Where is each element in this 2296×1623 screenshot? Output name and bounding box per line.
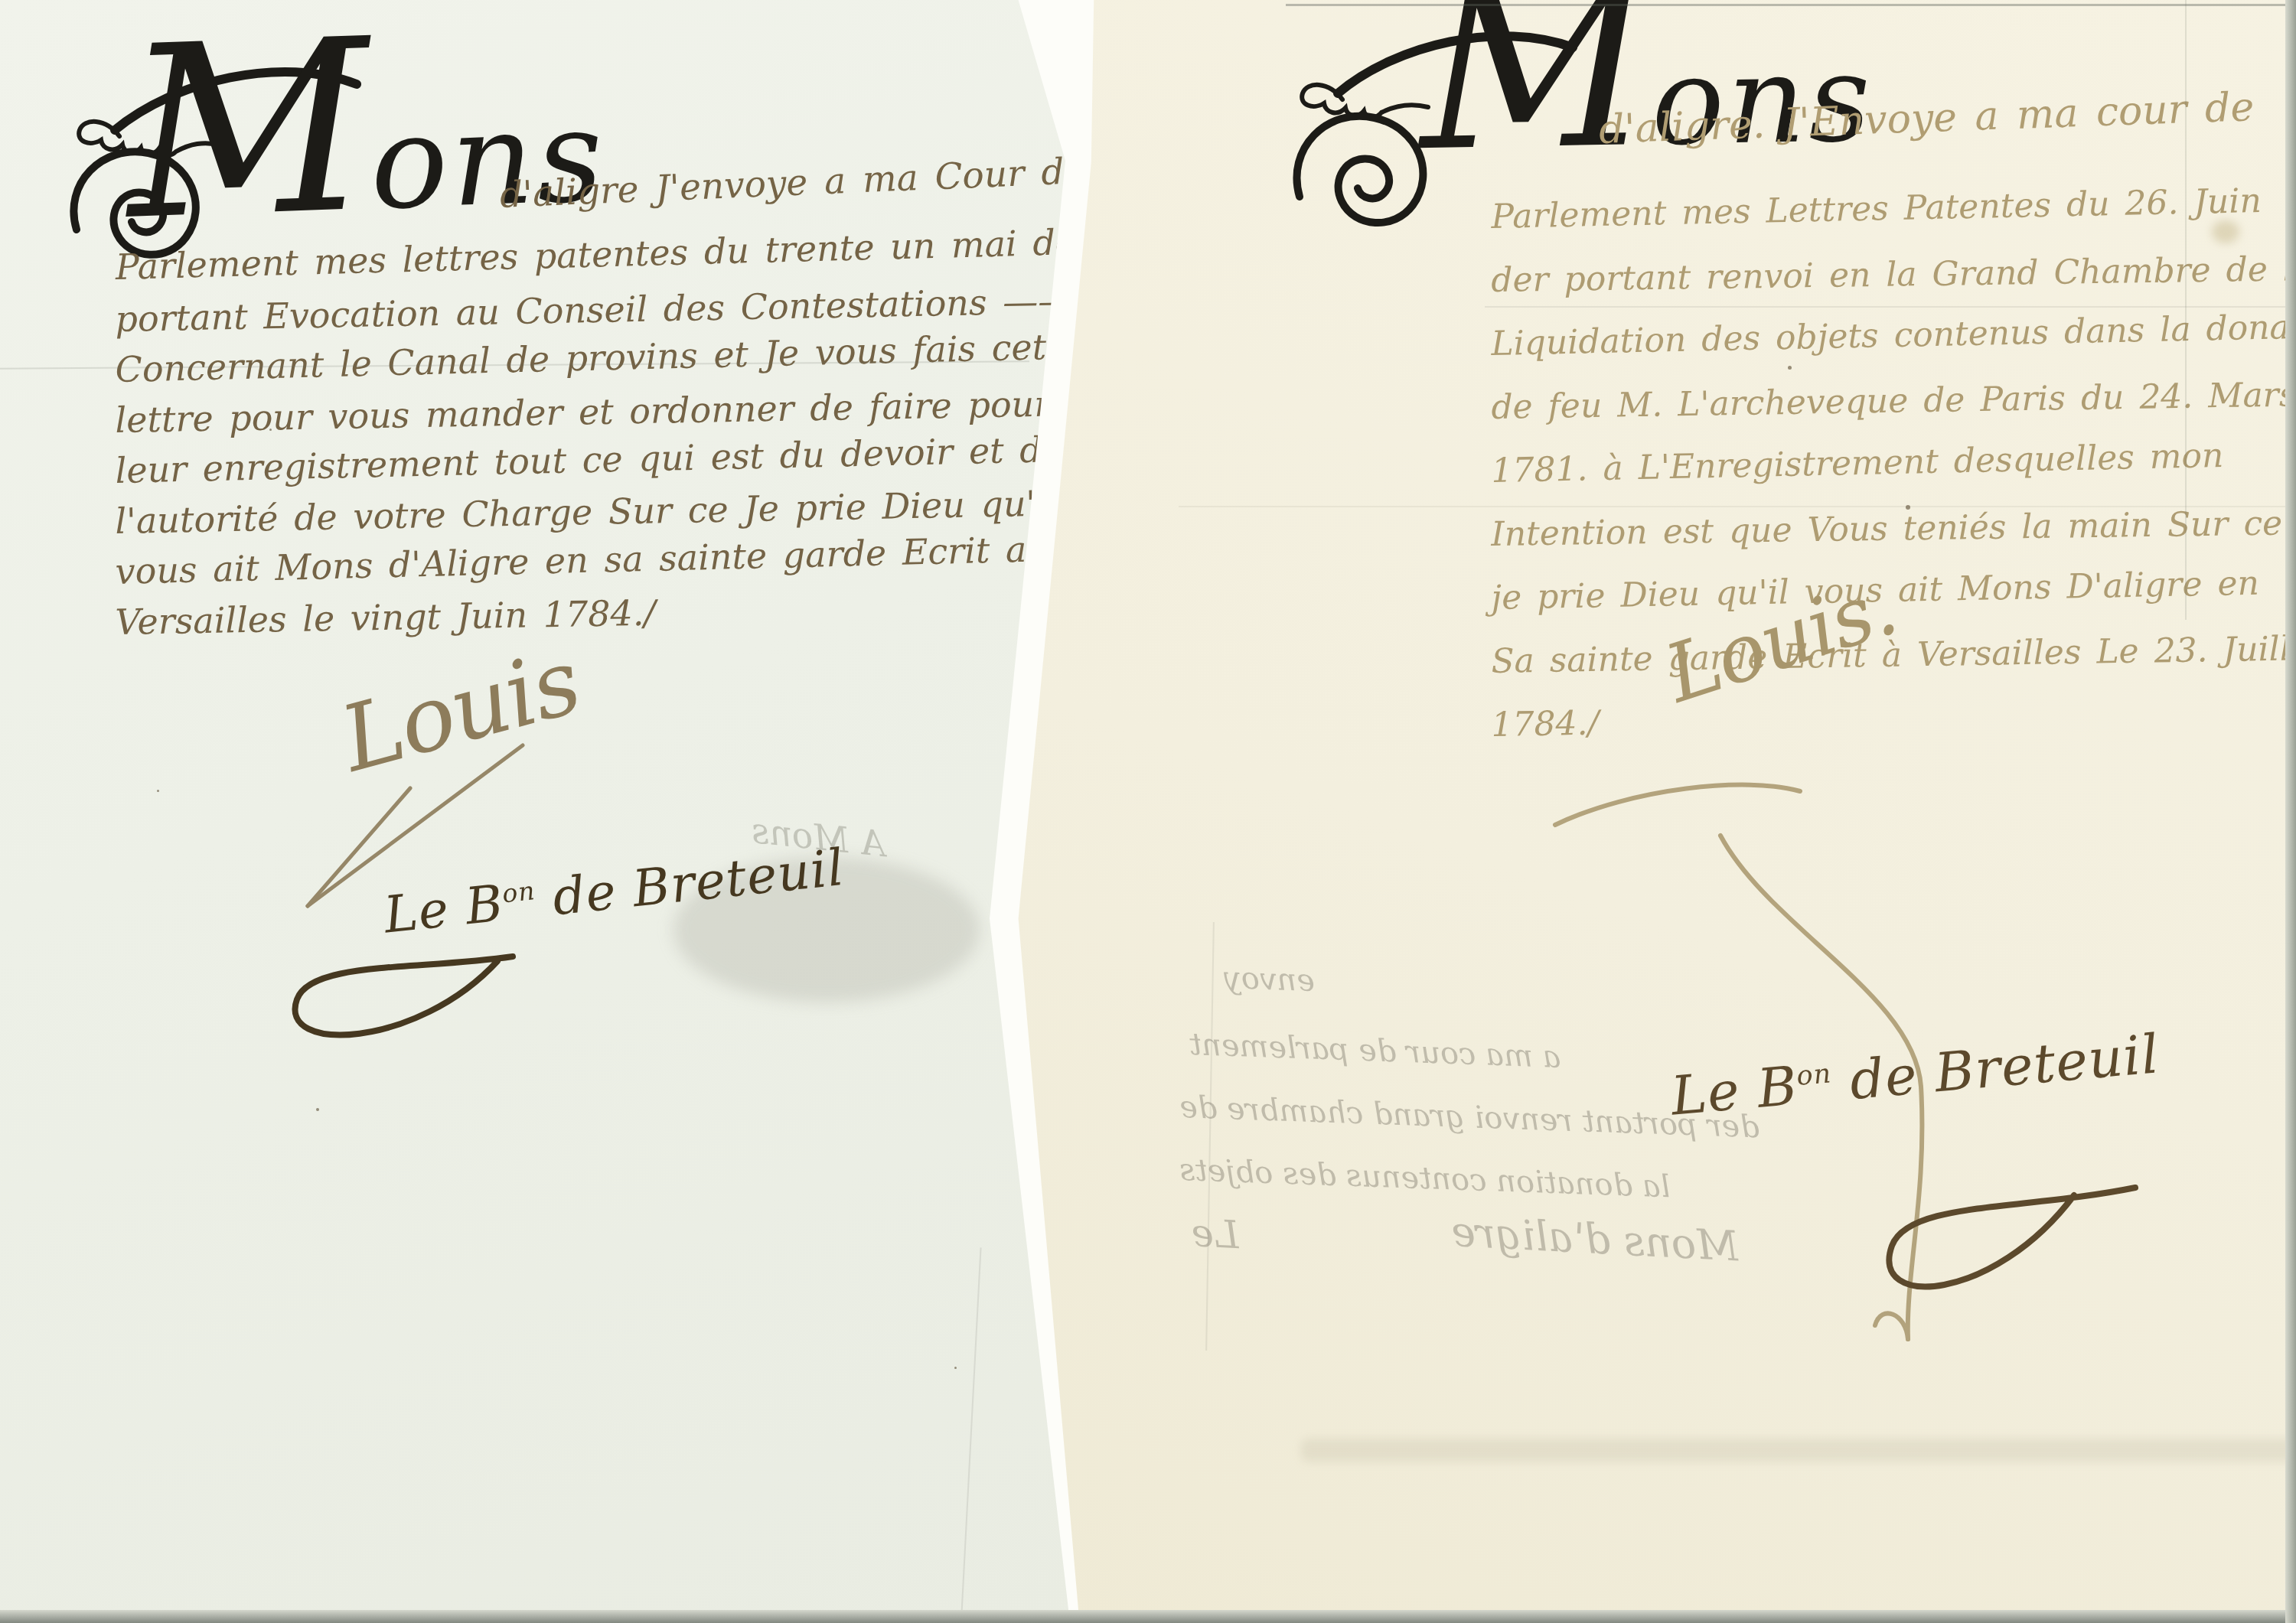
letter-line: Intention est que Vous teniés la main Su… [1491,504,2282,554]
page-top-edge [1286,4,2296,6]
ink-speck [316,1108,319,1111]
letter-line: de feu M. L'archeveque de Paris du 24. M… [1491,375,2296,427]
ink-speck [954,1367,957,1369]
bleedthrough-text: Le [1190,1211,1241,1257]
letter-line: Versailles le vingt Juin 1784./ [115,592,656,643]
page-crease [960,1247,981,1614]
ink-speck [1788,366,1792,370]
letter-line: 1784./ [1491,704,1600,745]
bleedthrough-text: envoy [1223,960,1315,999]
ink-speck [1906,505,1910,510]
ink-speck [269,429,272,431]
page-crease [1485,306,2296,308]
page-crease [1205,922,1215,1351]
letter-line: der portant renvoi en la Grand Chambre d… [1491,249,2296,300]
countersignature-flourish-icon [253,947,559,1077]
manuscript-scan: Mons d'aligre J'envoye a ma Cour de Parl… [0,0,2296,1623]
bleedthrough-text: a ma cour de parlement [1189,1027,1561,1075]
scan-right-edge [2285,0,2296,1623]
countersignature-flourish-icon [1821,1178,2158,1347]
letter-line: 1781. à L'Enregistrement desquelles mon [1491,436,2224,490]
scan-bottom-edge [0,1610,2296,1623]
page-crease [1179,506,2296,507]
ink-speck [157,790,159,792]
right-letter-page: Mons d'aligre. J'Envoye a ma cour de Par… [995,0,2296,1623]
left-letter-page: Mons d'aligre J'envoye a ma Cour de Parl… [0,0,1148,1623]
stain [2212,220,2239,243]
page-crease [2185,0,2187,620]
stain [1301,1439,2296,1462]
letter-line: Liquidation des objets contenus dans la … [1491,306,2296,363]
ornate-initial-m: M [123,32,373,230]
